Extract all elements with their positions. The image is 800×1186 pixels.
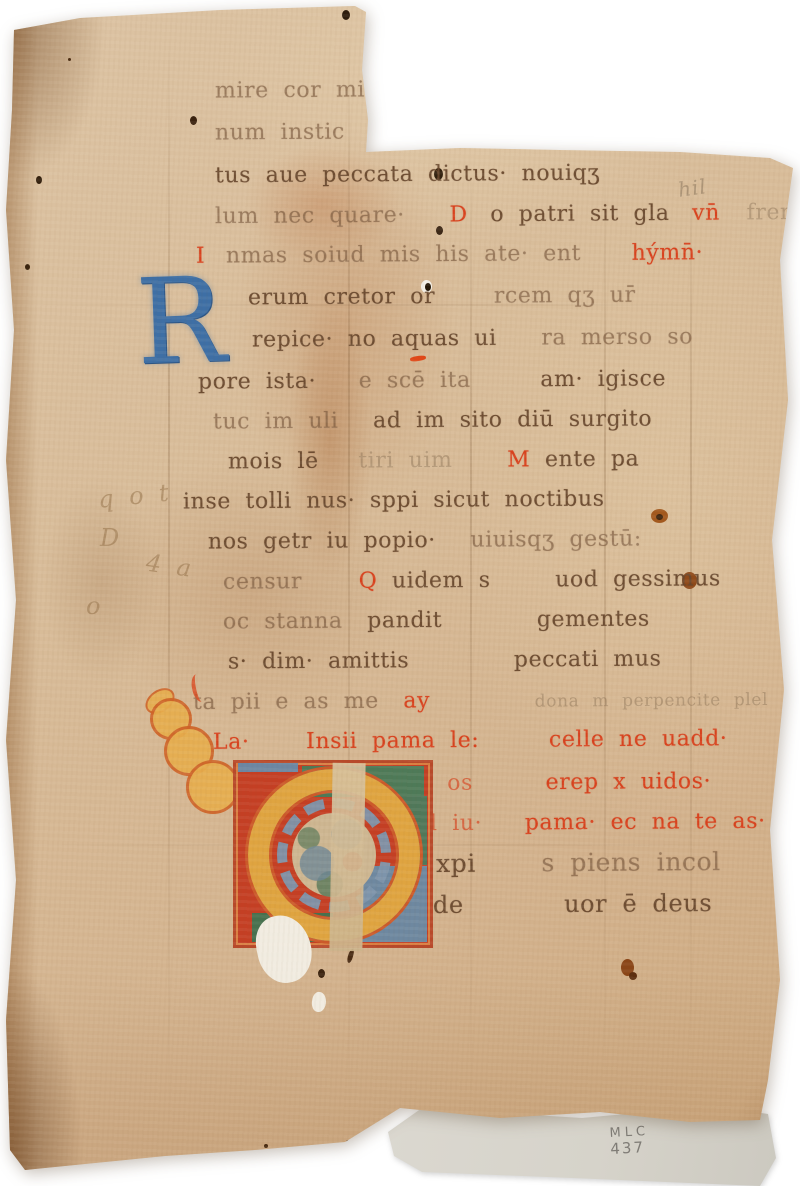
text-line: inse tolli nus· sppi sicut noctibus xyxy=(183,489,605,514)
shelfmark-label: MLC 437 xyxy=(609,1125,650,1158)
wormhole xyxy=(190,116,197,125)
margin-doodle: D xyxy=(100,524,123,552)
text-segment: am· igisce xyxy=(540,368,666,391)
text-segment: nmas soiud mis his ate· ent xyxy=(226,243,581,267)
text-line: de uor ē deus xyxy=(433,891,712,917)
margin-note-right: hil xyxy=(676,174,708,202)
rubric-segment: La· xyxy=(213,732,250,754)
text-segment: s· dim· amittis xyxy=(228,650,409,673)
manuscript-leaf: q o t D 4 a o hil mire cor mi num instic… xyxy=(6,4,796,1182)
blue-band xyxy=(238,763,298,772)
text-segment: uiuisqʒ gestū: xyxy=(470,528,642,551)
text-segment: ra merso so xyxy=(541,326,693,349)
gold-scallop xyxy=(186,760,240,814)
text-segment: fremp̄ xyxy=(746,202,800,224)
text-line: repice· no aquas ui ra merso so xyxy=(252,326,693,351)
red-mark xyxy=(410,355,427,362)
rubric-segment: hýmn̄· xyxy=(632,242,704,264)
text-segment: repice· no aquas ui xyxy=(252,328,497,352)
text-segment: ente pa xyxy=(545,449,640,472)
text-segment: ad im sito diū surgito xyxy=(373,408,652,432)
text-line: erum cretor or rcem qʒ ur̄ xyxy=(248,285,636,310)
rubric-segment: M xyxy=(507,449,530,471)
text-segment: censur xyxy=(223,571,302,594)
text-line: oc stanna pandit gementes xyxy=(223,609,650,634)
text-line: ta pii e as me ay dona m perpencite plel xyxy=(193,688,768,714)
rubric-segment: Insii pama le: xyxy=(306,730,479,753)
text-segment: uod gessimus xyxy=(555,568,721,591)
text-segment: tiri uim xyxy=(358,450,452,473)
text-segment: mois lē xyxy=(228,451,319,474)
text-segment: o patri sit gla xyxy=(490,203,669,226)
text-line: mire cor mi xyxy=(215,79,365,102)
rubric-segment: vn̄ xyxy=(692,203,720,225)
rubric-segment: erep x uidos· xyxy=(545,771,711,794)
text-line: pore ista· e scē ita am· igisce xyxy=(198,368,666,393)
rust-stain-core xyxy=(629,972,637,980)
text-segment: s piens incol xyxy=(541,849,721,875)
ink-blot xyxy=(436,226,443,235)
text-segment: dona m perpencite plel xyxy=(535,692,768,711)
margin-doodle: 4 a xyxy=(144,549,197,584)
text-line: mois lē tiri uim M ente pa xyxy=(228,449,640,474)
speck xyxy=(264,1144,268,1148)
wormhole xyxy=(36,176,42,184)
rubric-segment: pama· ec na te as· xyxy=(525,811,766,835)
text-segment: mire cor mi xyxy=(215,79,365,102)
text-line: La· Insii pama le: celle ne uadd· xyxy=(213,728,728,754)
text-segment: inse tolli nus· sppi sicut noctibus xyxy=(183,489,605,514)
margin-doodle: o xyxy=(86,592,104,620)
text-line: l os erep x uidos· xyxy=(425,771,711,795)
text-line: num instic xyxy=(215,122,345,145)
text-line: s· dim· amittis peccati mus xyxy=(228,648,662,673)
speck xyxy=(346,1140,351,1144)
text-segment: lum nec quare· xyxy=(215,205,405,228)
text-segment: num instic xyxy=(215,122,345,145)
text-segment: peccati mus xyxy=(514,648,662,671)
paint-loss-patch xyxy=(311,991,328,1013)
text-line: lum nec quare· D o patri sit gla vn̄ fre… xyxy=(215,202,800,228)
text-line: nos getr iu popio· uiuisqʒ gestū: xyxy=(208,528,642,553)
text-line: l iu· pama· ec na te as· xyxy=(430,811,766,835)
text-line: tus aue peccata dictus· nouiqʒ xyxy=(215,163,600,188)
text-segment: oc stanna xyxy=(223,611,343,634)
rubric-segment: celle ne uadd· xyxy=(549,728,728,751)
text-segment: uor ē deus xyxy=(564,891,712,916)
text-segment: tus aue peccata dictus· nouiqʒ xyxy=(215,163,600,188)
crease-line xyxy=(690,164,692,1079)
text-line: xpi s piens incol xyxy=(436,849,721,876)
text-segment: ta pii e as me xyxy=(193,691,379,714)
text-segment: tuc im uli xyxy=(213,411,339,434)
text-line: I nmas soiud mis his ate· ent hýmn̄· xyxy=(196,242,703,268)
shelfmark-line2: 437 xyxy=(610,1139,650,1158)
text-segment: de xyxy=(433,893,464,917)
initial-frame xyxy=(233,760,433,948)
text-segment: e scē ita xyxy=(359,370,471,393)
text-segment: nos getr iu popio· xyxy=(208,530,436,554)
rust-stain-core xyxy=(656,514,663,520)
text-line: censur Q uidem s uod gessimus xyxy=(223,568,721,593)
rubric-segment: ay xyxy=(403,690,430,712)
blue-initial-R: R xyxy=(134,266,227,375)
text-segment: uidem s xyxy=(392,570,491,593)
illuminated-initial-O xyxy=(233,760,433,948)
rubric-segment: l iu· xyxy=(430,813,482,835)
speck xyxy=(68,58,71,61)
text-segment: pandit xyxy=(367,610,442,633)
dark-mark xyxy=(318,969,325,978)
text-segment: erum cretor or xyxy=(248,286,435,309)
scraped-strip xyxy=(329,763,365,952)
manuscript-photograph: MLC 437 q o t xyxy=(0,0,800,1186)
edge-blot xyxy=(342,10,350,20)
wormhole xyxy=(25,264,30,270)
rubric-segment: D xyxy=(449,204,467,226)
margin-doodle: q o t xyxy=(97,478,174,514)
rubric-segment: Q xyxy=(359,571,378,593)
text-segment: xpi xyxy=(436,851,476,876)
text-segment: gementes xyxy=(537,609,650,632)
text-segment: rcem qʒ ur̄ xyxy=(494,285,636,308)
text-line: tuc im uli ad im sito diū surgito xyxy=(213,408,652,433)
